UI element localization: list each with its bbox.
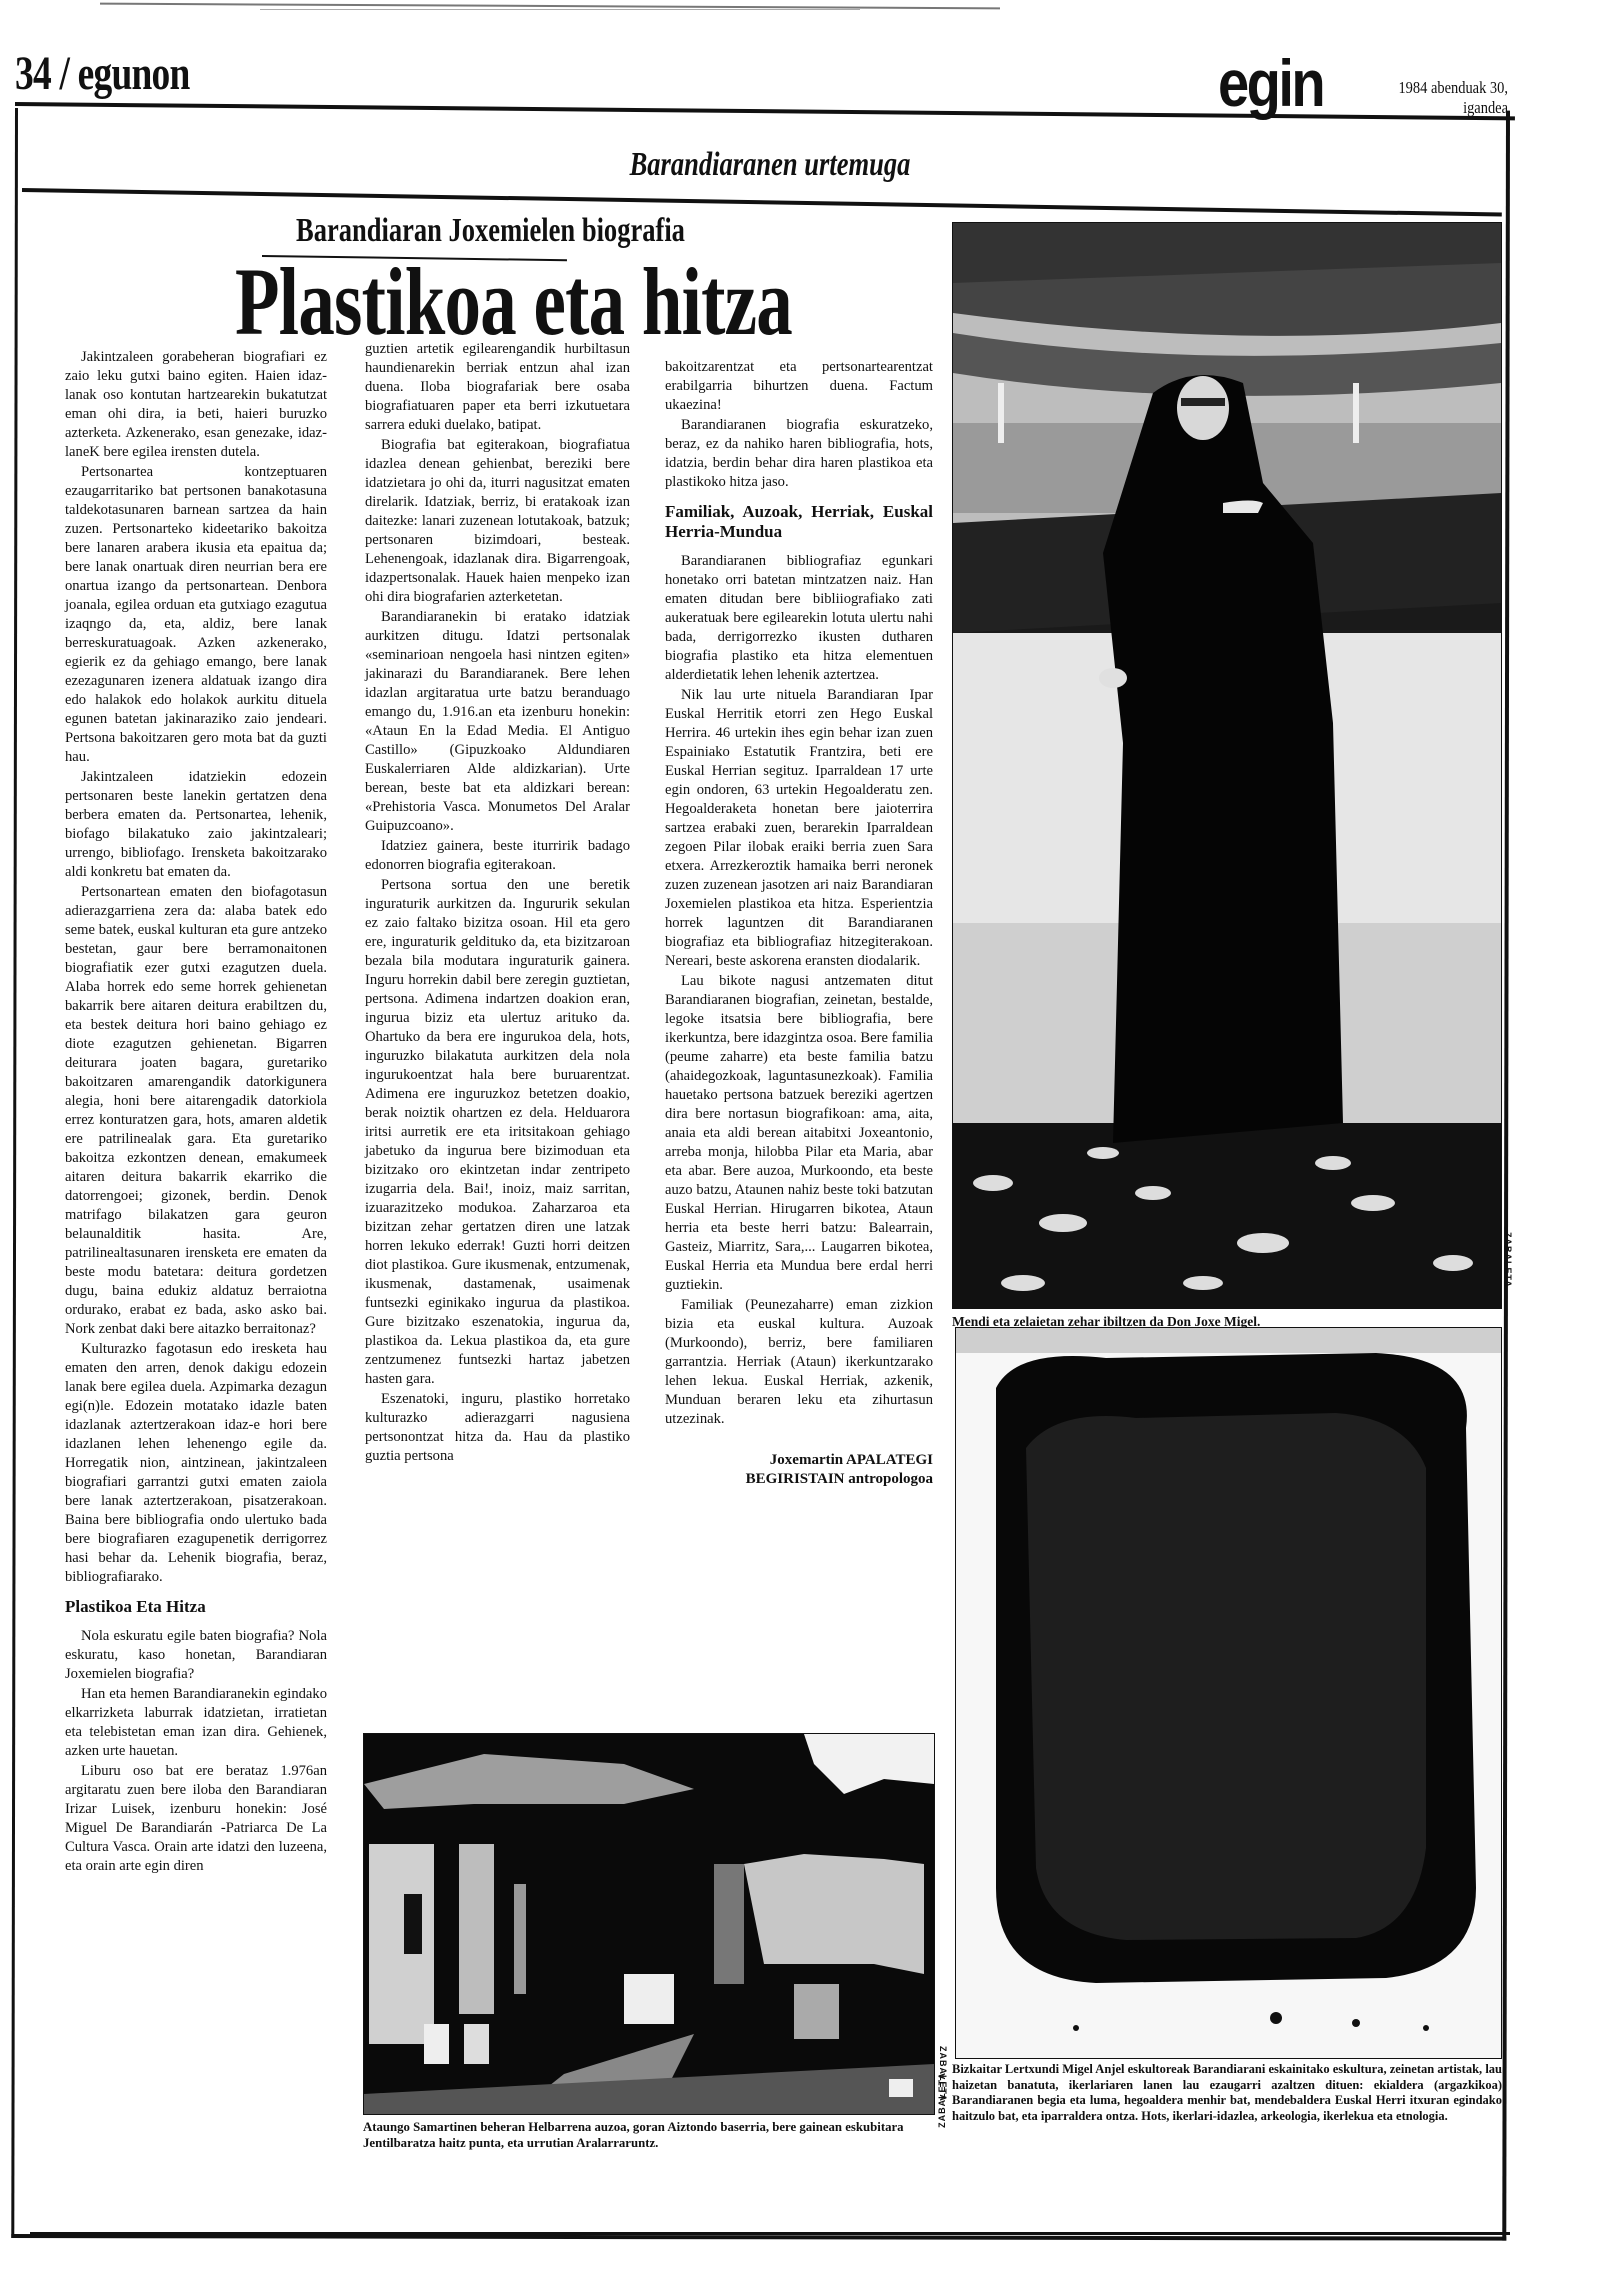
- paragraph: Barandiaranen bibliografiaz egunkari hon…: [665, 552, 933, 685]
- paragraph: Barandiaranen biografia eskuratzeko, ber…: [665, 416, 933, 492]
- byline-role: BEGIRISTAIN antropologoa: [665, 1470, 933, 1489]
- photo-credit: ZABALETA: [937, 2072, 947, 2128]
- paragraph: bakoitzarentzat eta pertsonartearentzat …: [665, 358, 933, 415]
- paragraph: Kulturazko fagotasun edo iresketa hau em…: [65, 1340, 327, 1587]
- paragraph: Nik lau urte nituela Barandiaran Ipar Eu…: [665, 686, 933, 971]
- photo-image: [956, 1328, 1501, 2058]
- subhead: Familiak, Auzoak, Herriak, Euskal Herria…: [665, 502, 933, 542]
- photo-image: [364, 1734, 934, 2114]
- article-column-3: bakoitzarentzat eta pertsonartearentzat …: [665, 358, 933, 1489]
- paragraph: Pertsonartea kontzeptuaren ezaugarritari…: [65, 463, 327, 767]
- article-column-1: Jakintzaleen gorabeheran biografiari ez …: [65, 348, 327, 1877]
- newspaper-logo: egin: [1218, 54, 1323, 113]
- paragraph: Han eta hemen Barandiaranekin egindako e…: [65, 1685, 327, 1761]
- photo-sculpture: [955, 1327, 1502, 2059]
- page-bottom-rule: [30, 2232, 1510, 2235]
- paragraph: Pertsona sortua den une beretik inguratu…: [365, 876, 630, 1389]
- paragraph: Jakintzaleen idatziekin edozein pertsona…: [65, 768, 327, 882]
- paragraph: Liburu oso bat ere berataz 1.976an argit…: [65, 1762, 327, 1876]
- paragraph: Nola eskuratu egile baten biografia? Nol…: [65, 1627, 327, 1684]
- article-column-2: guztien artetik egilearengandik hurbilta…: [365, 340, 630, 1467]
- paragraph: Eszenatoki, inguru, plastiko horretako k…: [365, 1390, 630, 1466]
- paragraph: Jakintzaleen gorabeheran biografiari ez …: [65, 348, 327, 462]
- photo-village: [363, 1733, 935, 2115]
- paragraph: Biografia bat egiterakoan, biografiatua …: [365, 436, 630, 607]
- paragraph: Pertsonartean ematen den biofagotasun ad…: [65, 883, 327, 1339]
- article-headline: Plastikoa eta hitza: [235, 254, 792, 350]
- paragraph: Familiak (Peunezaharre) eman zizkion biz…: [665, 1296, 933, 1429]
- subhead: Plastikoa Eta Hitza: [65, 1597, 327, 1617]
- photo-caption: Ataungo Samartinen beheran Helbarrena au…: [363, 2120, 938, 2151]
- photo-caption: Bizkaitar Lertxundi Migel Anjel eskultor…: [952, 2062, 1502, 2124]
- article-subtitle: Barandiaran Joxemielen biografia: [296, 214, 685, 248]
- paragraph: guztien artetik egilearengandik hurbilta…: [365, 340, 630, 435]
- photo-barandiaran: [952, 222, 1502, 1309]
- scan-artifact-line: [260, 9, 860, 10]
- paragraph: Barandiaranekin bi eratako idatziak aurk…: [365, 608, 630, 836]
- byline: Joxemartin APALATEGI BEGIRISTAIN antropo…: [665, 1451, 933, 1489]
- photo-credit: ZABALETA: [1503, 1232, 1513, 1288]
- byline-author: Joxemartin APALATEGI: [665, 1451, 933, 1470]
- date-line-1: 1984 abenduak 30,: [1381, 78, 1509, 98]
- page-section-label: 34 / egunon: [15, 50, 190, 98]
- section-kicker: Barandiaranen urtemuga: [497, 148, 1043, 182]
- paragraph: Idatziez gainera, beste iturririk badago…: [365, 837, 630, 875]
- paragraph: Lau bikote nagusi antzematen ditut Baran…: [665, 972, 933, 1295]
- photo-image: [953, 223, 1501, 1308]
